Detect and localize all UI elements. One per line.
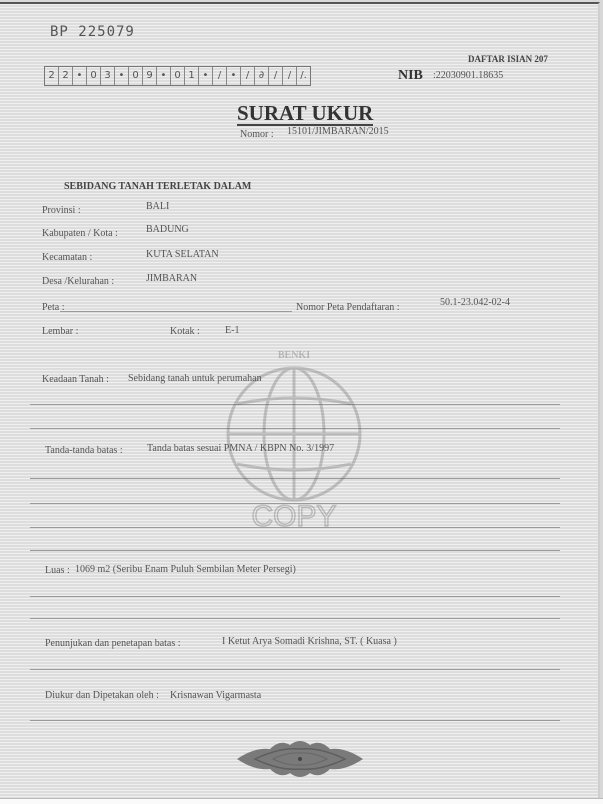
code-cell: 2 [45,67,59,85]
nib-value: :22030901.18635 [433,70,503,81]
svg-text:BENKI: BENKI [278,350,310,361]
svg-text:COPY: COPY [251,500,336,533]
rule [30,618,560,619]
watermark-emblem: BENKI COPY [207,334,382,534]
rule [30,596,560,597]
form-code: DAFTAR ISIAN 207 [468,54,548,64]
tanda-label: Tanda-tanda batas : [45,445,123,456]
location-heading: SEBIDANG TANAH TERLETAK DALAM [64,181,251,192]
nib-label: NIB [398,68,423,84]
code-cell: / [283,67,297,85]
keadaan-label: Keadaan Tanah : [42,374,109,385]
diukur-label: Diukur dan Dipetakan oleh : [45,690,159,701]
document-page: BP 225079 DAFTAR ISIAN 207 22•03•09•01•/… [0,2,600,800]
document-title: SURAT UKUR [237,102,373,126]
code-cell: 9 [143,67,157,85]
code-cell: ∂ [255,67,269,85]
code-cell: / [213,67,227,85]
code-cell: 2 [59,67,73,85]
nomor-label: Nomor : [240,129,274,140]
code-cell: • [199,67,213,85]
peta-line [60,311,292,312]
code-cell: • [157,67,171,85]
kecamatan-label: Kecamatan : [42,252,92,263]
kecamatan-value: KUTA SELATAN [146,249,219,260]
nomor-peta-label: Nomor Peta Pendaftaran : [296,302,400,313]
serial-number: BP 225079 [50,24,135,40]
code-cell: / [269,67,283,85]
diukur-value: Krisnawan Vigarmasta [170,690,261,701]
code-cell: • [73,67,87,85]
guilloche-seal-icon [235,739,365,779]
rule [30,550,560,551]
luas-label: Luas : [45,565,70,576]
luas-value: 1069 m2 (Seribu Enam Puluh Sembilan Mete… [75,564,296,575]
code-cell: 0 [171,67,185,85]
code-cell: 0 [87,67,101,85]
code-cell: / [241,67,255,85]
penunjukan-label: Penunjukan dan penetapan batas : [45,638,181,649]
kotak-label: Kotak : [170,326,200,337]
desa-label: Desa /Kelurahan : [42,276,114,287]
kabupaten-value: BADUNG [146,224,189,235]
kabupaten-label: Kabupaten / Kota : [42,228,118,239]
penunjukan-value: I Ketut Arya Somadi Krishna, ST. ( Kuasa… [222,636,397,647]
globe-emblem-icon: BENKI COPY [207,334,382,534]
rule [30,669,560,670]
nomor-peta-value: 50.1-23.042-02-4 [440,297,510,308]
nomor-value: 15101/JIMBARAN/2015 [287,126,389,137]
security-seal [235,739,365,779]
code-cell: • [115,67,129,85]
provinsi-value: BALI [146,201,169,212]
provinsi-label: Provinsi : [42,205,81,216]
code-boxes: 22•03•09•01•/•/∂///. [44,66,311,86]
rule [30,720,560,721]
code-cell: /. [297,67,310,85]
code-cell: 0 [129,67,143,85]
lembar-label: Lembar : [42,326,78,337]
code-cell: 1 [185,67,199,85]
code-cell: 3 [101,67,115,85]
page-bottom-edge [0,798,603,804]
code-cell: • [227,67,241,85]
desa-value: JIMBARAN [146,273,197,284]
